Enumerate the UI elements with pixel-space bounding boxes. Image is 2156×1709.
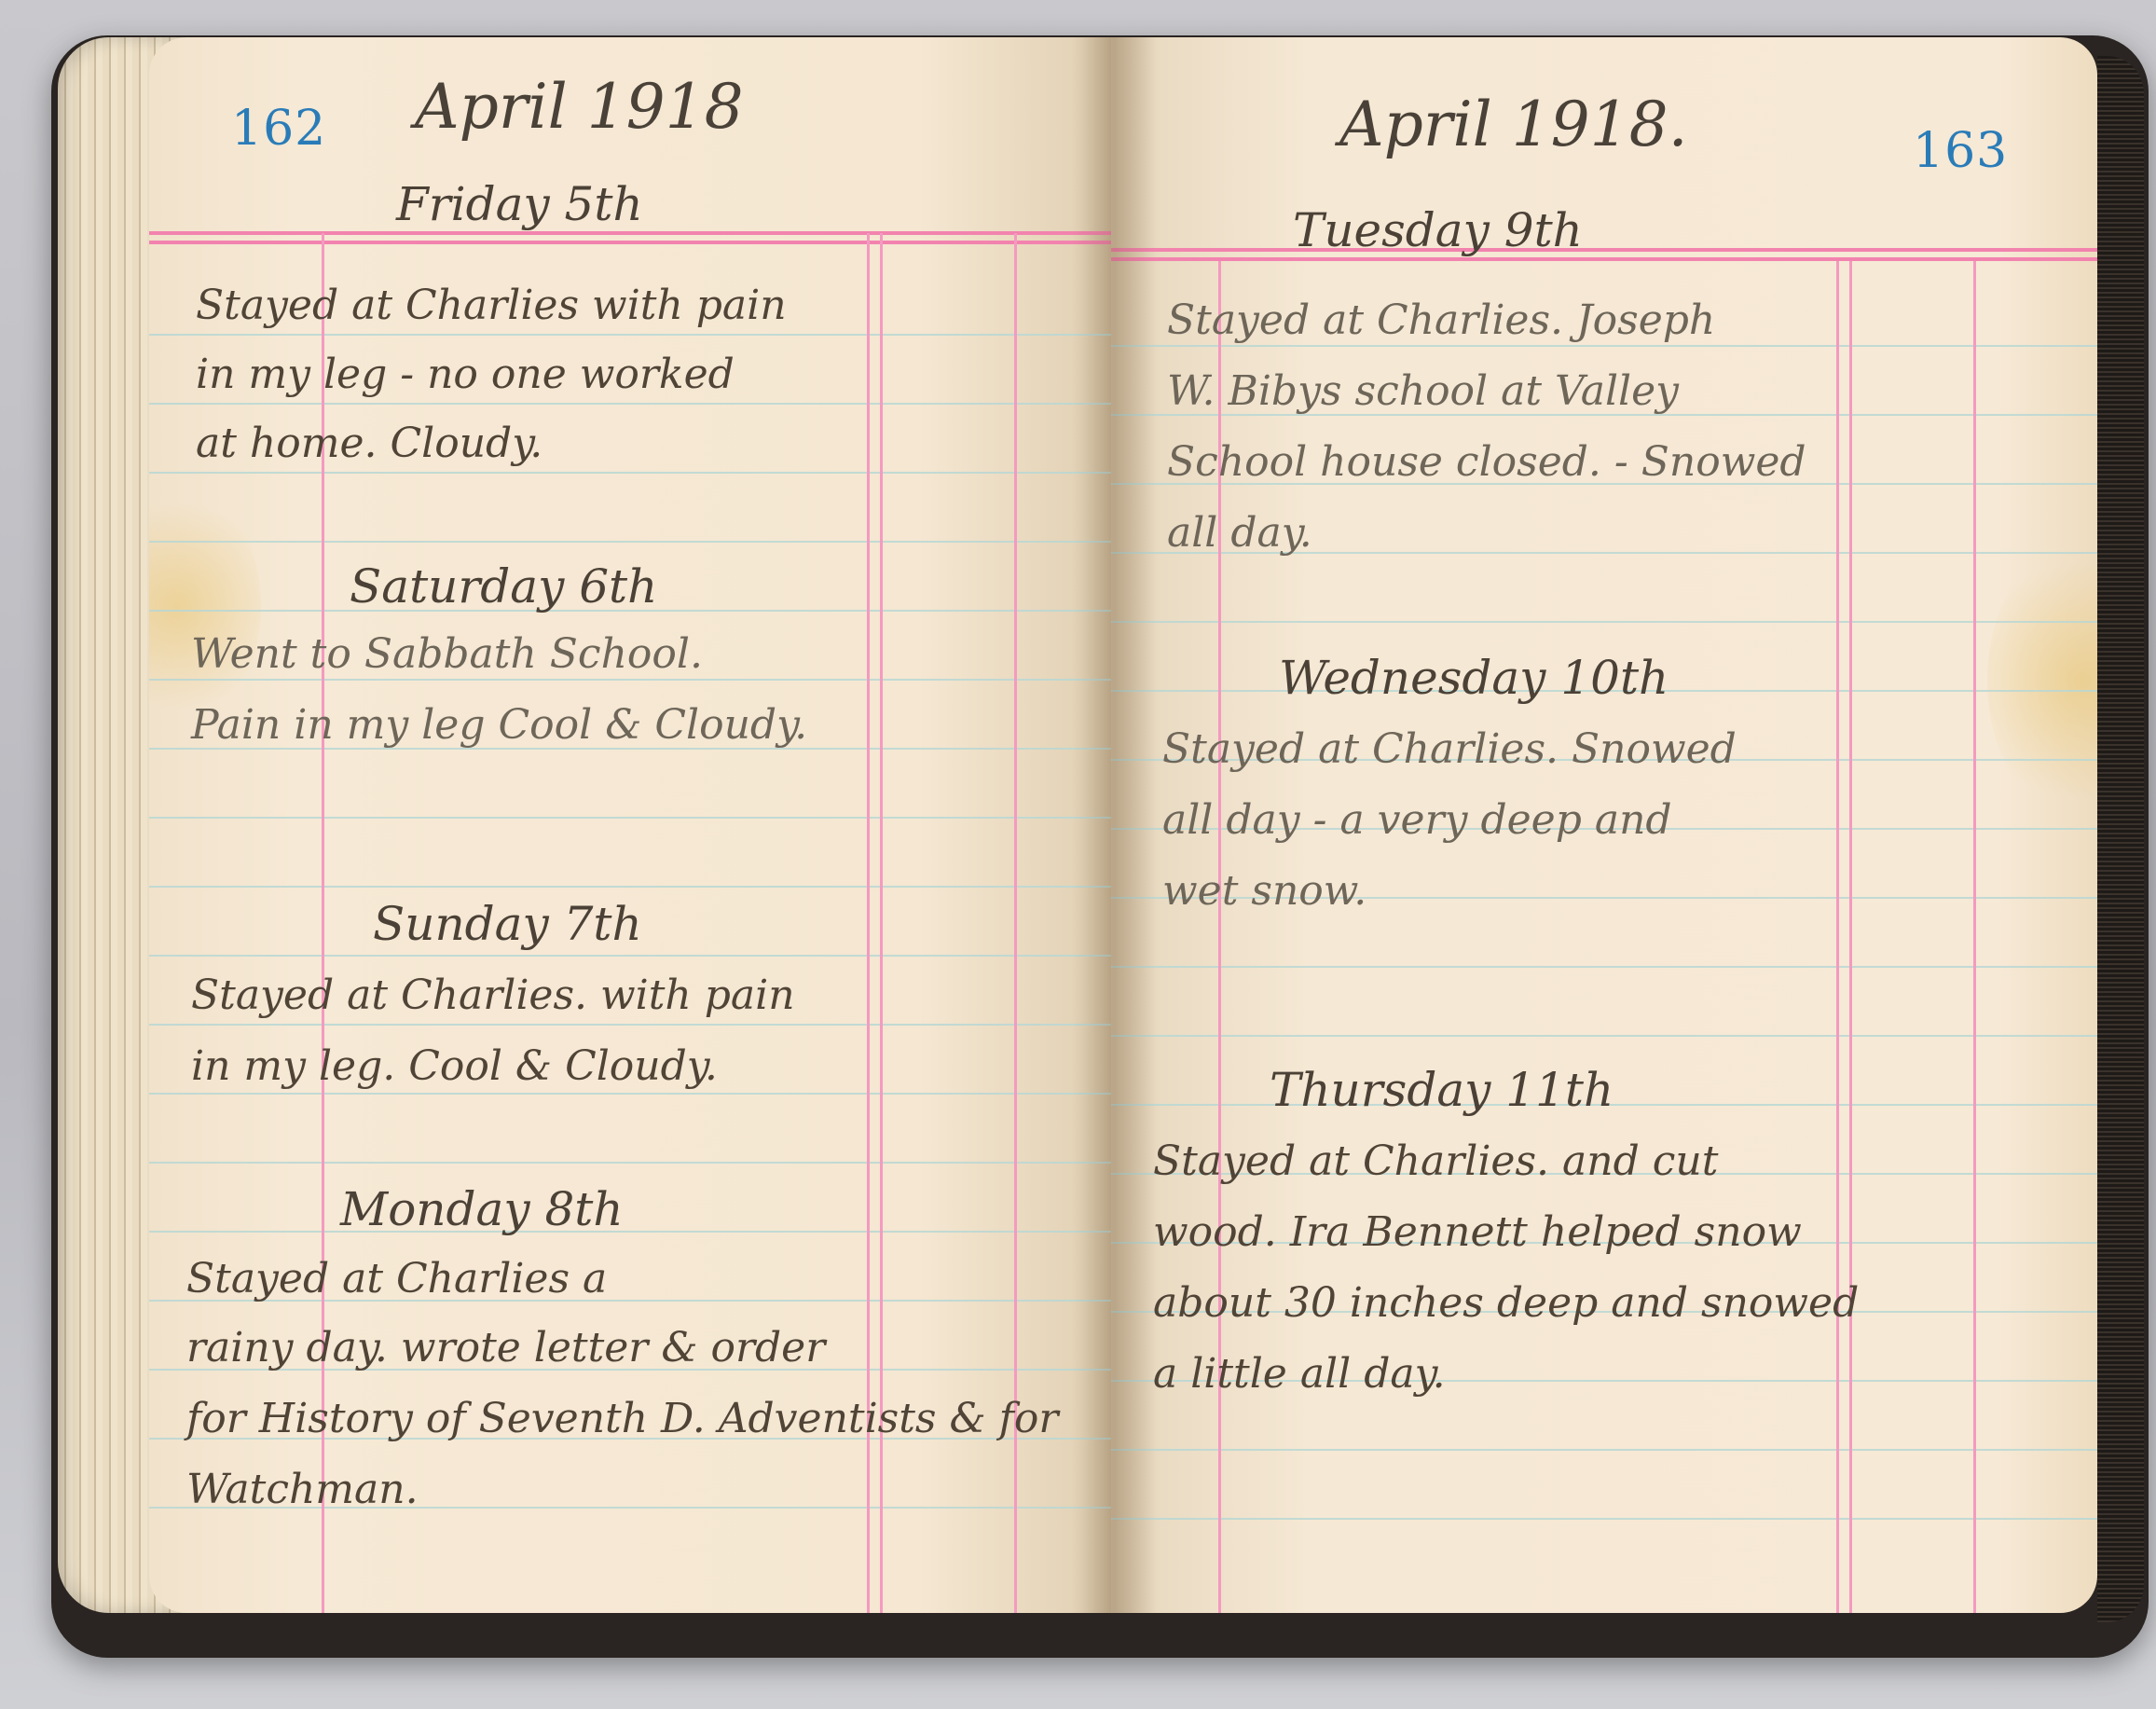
entry-day-monday: Monday 8th xyxy=(340,1182,624,1236)
entry-line: Stayed at Charlies. with pain xyxy=(191,972,795,1019)
ruled-line xyxy=(1111,1449,2097,1451)
ruled-line xyxy=(149,1024,1111,1026)
header-rule xyxy=(1111,257,2097,261)
ruled-line xyxy=(1111,621,2097,623)
entry-line: Pain in my leg Cool & Cloudy. xyxy=(191,701,807,749)
month-header-left: April 1918 xyxy=(415,71,744,143)
month-header-right: April 1918. xyxy=(1339,89,1688,160)
entry-line: a little all day. xyxy=(1153,1350,1446,1398)
ruled-line xyxy=(149,403,1111,405)
ruled-line xyxy=(1111,1518,2097,1520)
ruled-line xyxy=(1111,966,2097,968)
entry-line: School house closed. - Snowed xyxy=(1167,438,1806,486)
ruled-line xyxy=(149,472,1111,474)
age-stain xyxy=(149,485,261,727)
page-number-left: 162 xyxy=(231,101,326,157)
entry-day-saturday: Saturday 6th xyxy=(350,559,657,613)
entry-line: all day. xyxy=(1167,509,1312,557)
ruled-line xyxy=(1111,345,2097,347)
entry-line: Stayed at Charlies with pain xyxy=(196,282,787,329)
entry-line: Went to Sabbath School. xyxy=(191,630,703,678)
ruled-line xyxy=(149,1162,1111,1164)
column-rule xyxy=(1973,261,1976,1613)
entry-line: at home. Cloudy. xyxy=(196,420,542,467)
entry-line: Stayed at Charlies a xyxy=(186,1255,607,1302)
ruled-line xyxy=(149,1093,1111,1095)
ruled-line xyxy=(149,886,1111,888)
entry-line: Stayed at Charlies. Joseph xyxy=(1167,296,1715,344)
header-rule xyxy=(149,231,1111,235)
entry-line: wet snow. xyxy=(1162,867,1366,915)
entry-day-wednesday: Wednesday 10th xyxy=(1279,651,1668,705)
header-rule xyxy=(149,241,1111,244)
entry-day-tuesday: Tuesday 9th xyxy=(1293,203,1583,257)
cover-edge xyxy=(2097,56,2144,1622)
column-rule xyxy=(1836,261,1839,1613)
column-rule xyxy=(1849,261,1852,1613)
entry-line: Watchman. xyxy=(186,1466,419,1513)
header-rule xyxy=(1111,248,2097,252)
entry-line: W. Bibys school at Valley xyxy=(1167,367,1679,415)
ruled-line xyxy=(149,679,1111,681)
entry-day-thursday: Thursday 11th xyxy=(1270,1063,1614,1117)
entry-line: for History of Seventh D. Adventists & f… xyxy=(186,1395,1058,1442)
entry-day-friday: Friday 5th xyxy=(396,177,643,231)
page-number-right: 163 xyxy=(1913,123,2008,179)
entry-line: in my leg. Cool & Cloudy. xyxy=(191,1042,718,1090)
left-page: 162 April 1918 Friday 5th Stayed at Char… xyxy=(149,37,1111,1613)
entry-line: Stayed at Charlies. Snowed xyxy=(1162,725,1737,773)
entry-day-sunday: Sunday 7th xyxy=(373,897,642,951)
ruled-line xyxy=(149,1231,1111,1233)
entry-line: Stayed at Charlies. and cut xyxy=(1153,1137,1718,1185)
ruled-line xyxy=(1111,1035,2097,1037)
entry-line: all day - a very deep and xyxy=(1162,796,1672,844)
ruled-line xyxy=(149,334,1111,336)
right-page: April 1918. 163 Tuesday 9th Stayed at Ch… xyxy=(1111,37,2097,1613)
entry-line: in my leg - no one worked xyxy=(196,351,735,398)
entry-line: about 30 inches deep and snowed xyxy=(1153,1279,1859,1327)
age-stain xyxy=(1987,541,2097,820)
ruled-line xyxy=(149,955,1111,957)
ruled-line xyxy=(149,817,1111,819)
ruled-line xyxy=(149,541,1111,543)
entry-line: wood. Ira Bennett helped snow xyxy=(1153,1208,1802,1256)
entry-line: rainy day. wrote letter & order xyxy=(186,1324,825,1371)
spine-gutter xyxy=(1072,37,1156,1613)
